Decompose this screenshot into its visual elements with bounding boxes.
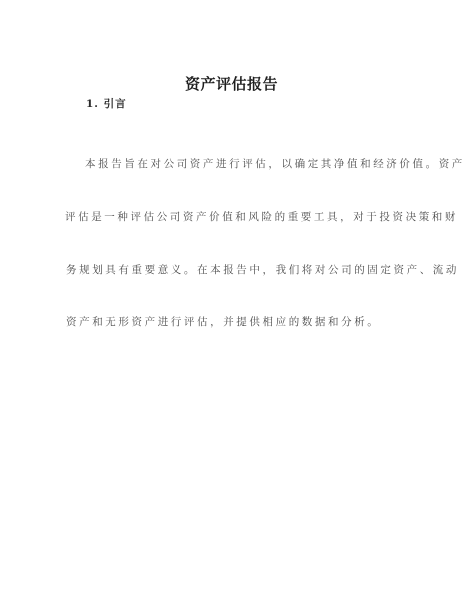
- paragraph-line: 资产和无形资产进行评估，并提供相应的数据和分析。: [66, 314, 380, 329]
- paragraph-line: 本报告旨在对公司资产进行评估，以确定其净值和经济价值。资产: [85, 156, 463, 171]
- document-title: 资产评估报告: [0, 73, 463, 94]
- paragraph-line: 务规划具有重要意义。在本报告中，我们将对公司的固定资产、流动: [66, 262, 459, 277]
- document-page: 资产评估报告 1. 引言 本报告旨在对公司资产进行评估，以确定其净值和经济价值。…: [0, 0, 463, 600]
- paragraph-line: 评估是一种评估公司资产价值和风险的重要工具，对于投资决策和财: [65, 209, 458, 224]
- section-heading: 1. 引言: [86, 96, 127, 111]
